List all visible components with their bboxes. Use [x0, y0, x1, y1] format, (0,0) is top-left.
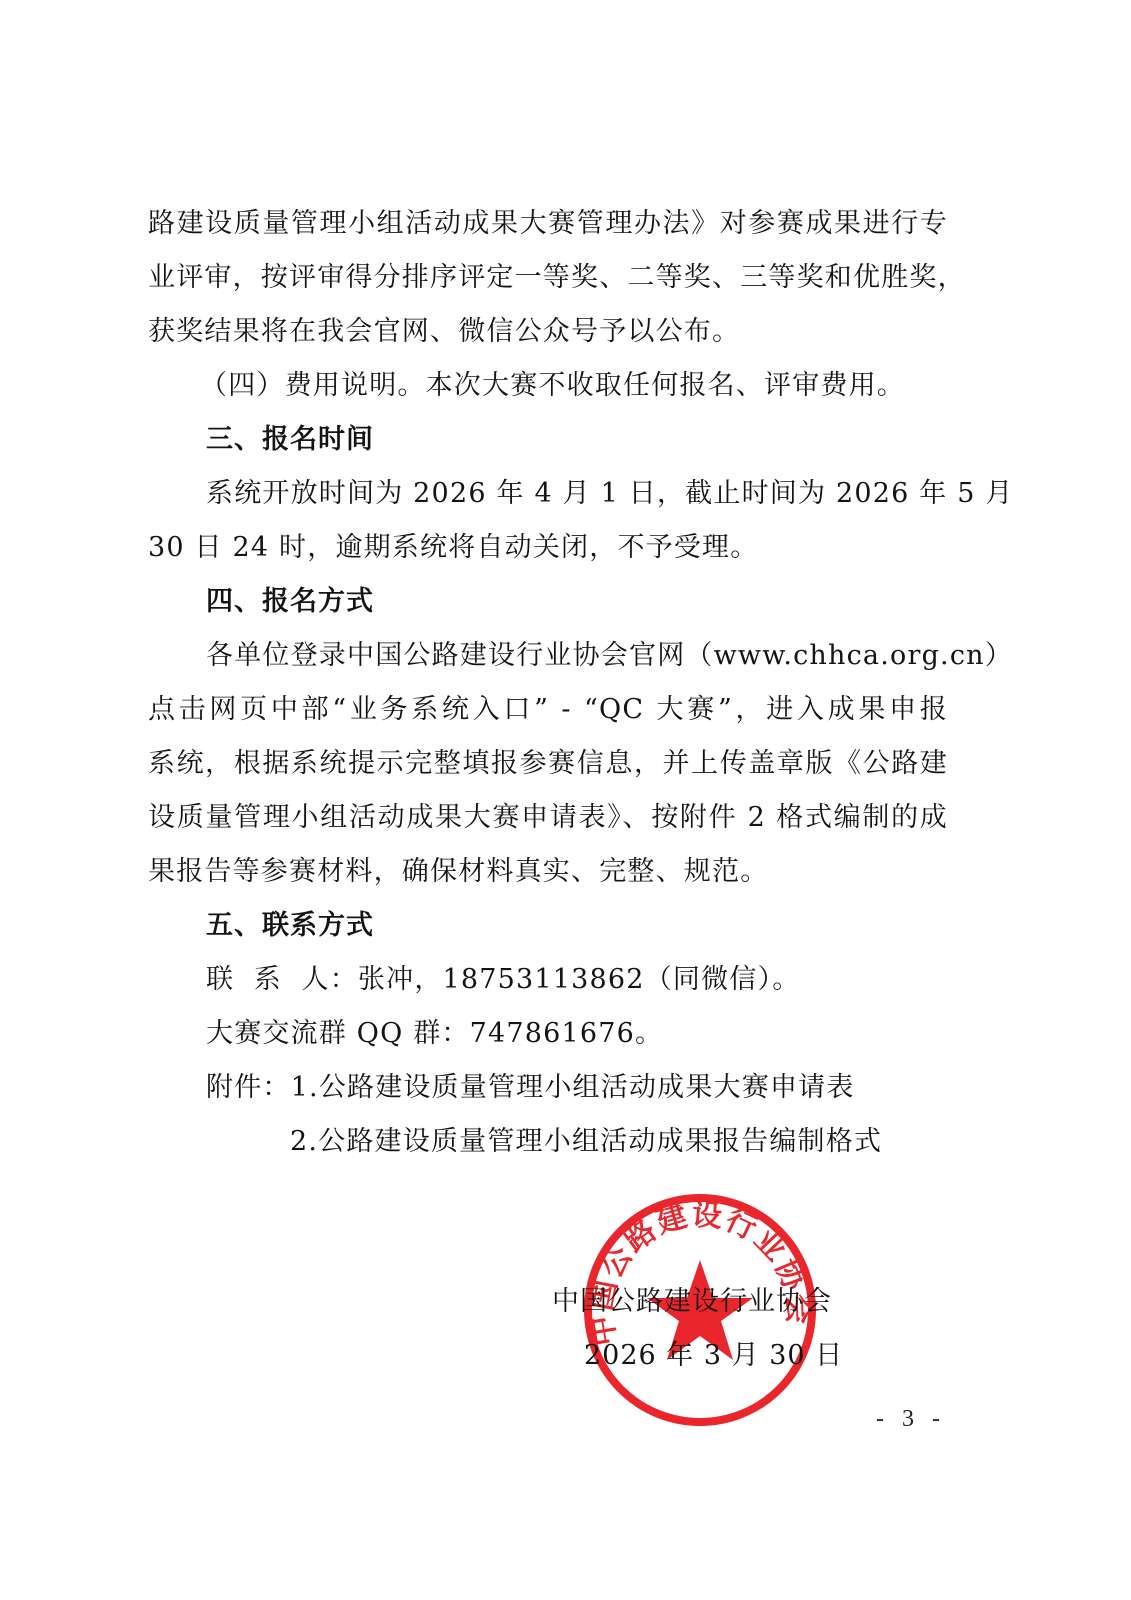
body-text-line: 获奖结果将在我会官网、微信公众号予以公布。	[148, 316, 740, 348]
section-heading-registration-method: 四、报名方式	[206, 586, 374, 618]
body-text-line: 业评审，按评审得分排序评定一等奖、二等奖、三等奖和优胜奖，	[148, 262, 948, 294]
body-text-line: 系统开放时间为 2026 年 4 月 1 日，截止时间为 2026 年 5 月	[206, 478, 1014, 510]
signature-organization: 中国公路建设行业协会	[552, 1286, 832, 1318]
attachment-1: 附件：1.公路建设质量管理小组活动成果大赛申请表	[206, 1072, 855, 1104]
fee-note: （四）费用说明。本次大赛不收取任何报名、评审费用。	[200, 370, 905, 402]
body-text-line: 路建设质量管理小组活动成果大赛管理办法》对参赛成果进行专	[148, 208, 948, 240]
body-text-line: 果报告等参赛材料，确保材料真实、完整、规范。	[148, 856, 768, 888]
qq-group: 大赛交流群 QQ 群：747861676。	[206, 1018, 663, 1050]
body-text-line: 各单位登录中国公路建设行业协会官网（www.chhca.org.cn）	[206, 640, 1013, 672]
page-number: - 3 -	[876, 1406, 946, 1433]
contact-person: 联 系 人：张冲，18753113862（同微信）。	[206, 964, 800, 996]
document-page: 路建设质量管理小组活动成果大赛管理办法》对参赛成果进行专 业评审，按评审得分排序…	[0, 0, 1131, 1600]
body-text-line: 设质量管理小组活动成果大赛申请表》、按附件 2 格式编制的成	[148, 802, 948, 834]
section-heading-contact: 五、联系方式	[206, 910, 374, 942]
body-text-line: 30 日 24 时，逾期系统将自动关闭，不予受理。	[148, 532, 758, 564]
section-heading-registration-time: 三、报名时间	[206, 424, 374, 456]
signature-date: 2026 年 3 月 30 日	[584, 1340, 843, 1372]
body-text-line: 系统，根据系统提示完整填报参赛信息，并上传盖章版《公路建	[148, 748, 948, 780]
body-text-line: 点击网页中部“业务系统入口” - “QC 大赛”，进入成果申报	[148, 694, 948, 726]
attachment-2: 2.公路建设质量管理小组活动成果报告编制格式	[290, 1126, 882, 1158]
